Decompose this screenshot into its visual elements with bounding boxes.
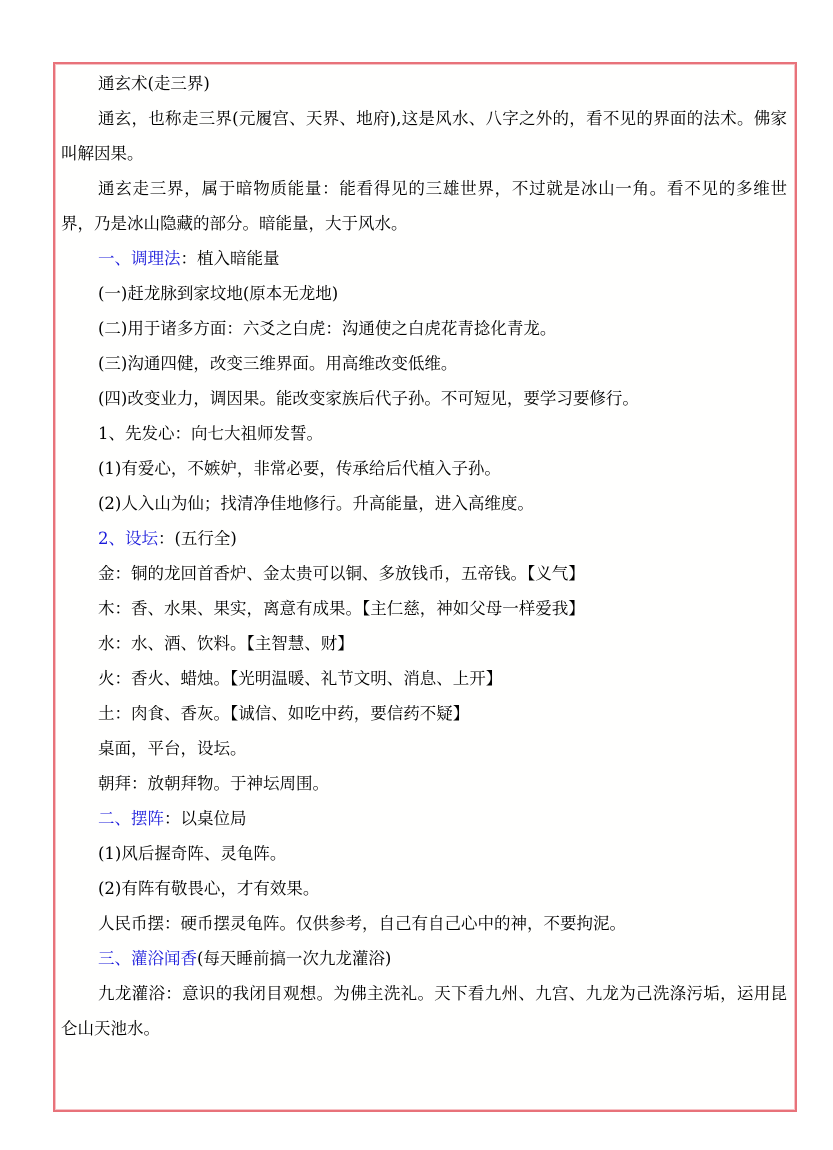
altar-item-metal: 金：铜的龙回首香炉、金太贵可以铜、多放钱币，五帝钱。【义气】 [61,556,787,591]
altar-item: 桌面，平台，设坛。 [61,731,787,766]
altar-item-earth: 土：肉食、香灰。【诚信、如吃中药，要信药不疑】 [61,696,787,731]
subsection2-heading-line: 2、设坛：(五行全) [61,521,787,556]
document-title: 通玄术(走三界) [61,66,787,101]
section1-item: (一)赶龙脉到家坟地(原本无龙地) [61,276,787,311]
document-body: 通玄术(走三界) 通玄，也称走三界(元履宫、天界、地府),这是风水、八字之外的，… [61,66,787,1046]
subsection2-heading-suffix: ：(五行全) [158,529,237,548]
section3-heading: 三、灌浴闻香 [98,949,197,968]
intro-paragraph-2: 通玄走三界，属于暗物质能量：能看得见的三雄世界，不过就是冰山一角。看不见的多维世… [61,171,787,241]
section1-heading: 一、调理法 [98,249,181,268]
section1-item: (1)有爱心，不嫉妒，非常必要，传承给后代植入子孙。 [61,451,787,486]
intro-paragraph-1: 通玄，也称走三界(元履宫、天界、地府),这是风水、八字之外的，看不见的界面的法术… [61,101,787,171]
section1-item: (四)改变业力，调因果。能改变家族后代子孙。不可短见，要学习要修行。 [61,381,787,416]
section3-heading-suffix: (每天睡前搞一次九龙灌浴) [197,949,391,968]
section3-paragraph: 九龙灌浴：意识的我闭目观想。为佛主洗礼。天下看九州、九宫、九龙为己洗涤污垢，运用… [61,976,787,1046]
section2-item: (1)风后握奇阵、灵龟阵。 [61,836,787,871]
altar-item-water: 水：水、酒、饮料。【主智慧、财】 [61,626,787,661]
section1-item: (二)用于诸多方面：六爻之白虎：沟通使之白虎花青捻化青龙。 [61,311,787,346]
altar-item-wood: 木：香、水果、果实，离意有成果。【主仁慈，神如父母一样爱我】 [61,591,787,626]
section2-heading: 二、摆阵 [98,809,164,828]
altar-item: 朝拜：放朝拜物。于神坛周围。 [61,766,787,801]
section1-item: (2)人入山为仙；找清净佳地修行。升高能量，进入高维度。 [61,486,787,521]
section1-heading-suffix: ：植入暗能量 [181,249,280,268]
subsection2-heading: 2、设坛 [98,529,158,548]
section1-item: (三)沟通四健，改变三维界面。用高维改变低维。 [61,346,787,381]
document-frame: 通玄术(走三界) 通玄，也称走三界(元履宫、天界、地府),这是风水、八字之外的，… [53,62,797,1112]
section2-item: (2)有阵有敬畏心，才有效果。 [61,871,787,906]
section2-heading-line: 二、摆阵：以桌位局 [61,801,787,836]
section1-item: 1、先发心：向七大祖师发誓。 [61,416,787,451]
section1-heading-line: 一、调理法：植入暗能量 [61,241,787,276]
section2-item: 人民币摆：硬币摆灵龟阵。仅供参考，自己有自己心中的神，不要拘泥。 [61,906,787,941]
altar-item-fire: 火：香火、蜡烛。【光明温暖、礼节文明、消息、上开】 [61,661,787,696]
section2-heading-suffix: ：以桌位局 [164,809,247,828]
section3-heading-line: 三、灌浴闻香(每天睡前搞一次九龙灌浴) [61,941,787,976]
